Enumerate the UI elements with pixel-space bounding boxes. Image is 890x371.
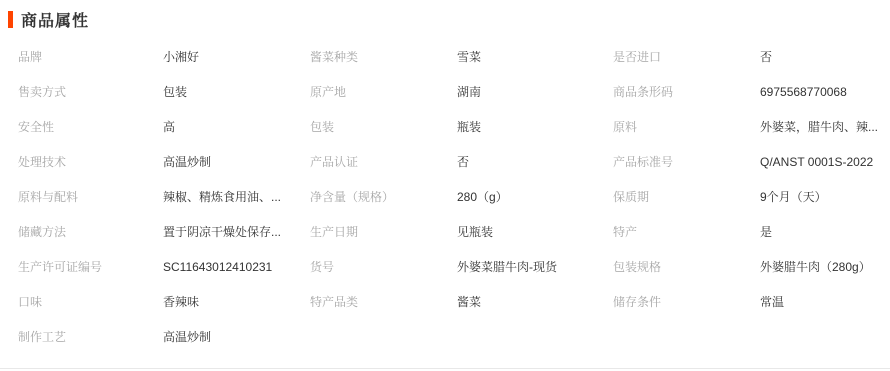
attr-label: 储存条件: [613, 293, 760, 310]
bottom-divider: [0, 368, 890, 369]
attr-value: 湖南: [457, 83, 481, 100]
attr-cell: 原产地湖南: [310, 74, 613, 109]
section-title: 商品属性: [8, 8, 89, 31]
attr-value: 瓶装: [457, 118, 481, 135]
attr-value: 常温: [760, 293, 784, 310]
attr-cell: 保质期9个月（天）: [613, 179, 890, 214]
attr-value: 包装: [163, 83, 187, 100]
attr-value: 外婆菜，腊牛肉、辣...: [760, 118, 878, 135]
attr-cell: 包装规格外婆腊牛肉（280g）: [613, 249, 890, 284]
attr-label: 制作工艺: [18, 328, 163, 345]
attr-label: 原料: [613, 118, 760, 135]
attr-label: 商品条形码: [613, 83, 760, 100]
attr-row: 原料与配料辣椒、精炼食用油、...净含量（规格）280（g）保质期9个月（天）: [0, 179, 890, 214]
attr-cell: 包装瓶装: [310, 109, 613, 144]
attr-cell: 安全性高: [0, 109, 310, 144]
attr-value: 高温炒制: [163, 153, 211, 170]
attr-row: 制作工艺高温炒制: [0, 319, 890, 354]
attr-label: 是否进口: [613, 48, 760, 65]
attr-value: 高: [163, 118, 175, 135]
attr-cell: 储存条件常温: [613, 284, 890, 319]
attr-cell: 产品标准号Q/ANST 0001S-2022: [613, 144, 890, 179]
attr-cell: 制作工艺高温炒制: [0, 319, 310, 354]
attr-value: 见瓶装: [457, 223, 493, 240]
attr-cell: 售卖方式包装: [0, 74, 310, 109]
attr-value: 辣椒、精炼食用油、...: [163, 188, 281, 205]
attr-label: 特产: [613, 223, 760, 240]
attr-value: 外婆腊牛肉（280g）: [760, 258, 871, 275]
attr-row: 售卖方式包装原产地湖南商品条形码6975568770068: [0, 74, 890, 109]
attr-label: 安全性: [18, 118, 163, 135]
attr-label: 酱菜种类: [310, 48, 457, 65]
attr-label: 原产地: [310, 83, 457, 100]
attr-value: 小湘好: [163, 48, 199, 65]
attr-row: 品牌小湘好酱菜种类雪菜是否进口否: [0, 39, 890, 74]
attr-label: 净含量（规格）: [310, 188, 457, 205]
attr-cell: 酱菜种类雪菜: [310, 39, 613, 74]
attr-label: 包装规格: [613, 258, 760, 275]
attr-cell: 原料与配料辣椒、精炼食用油、...: [0, 179, 310, 214]
attr-cell: 货号外婆菜腊牛肉-现货: [310, 249, 613, 284]
attr-value: 香辣味: [163, 293, 199, 310]
attr-cell: 储藏方法置于阴凉干燥处保存...: [0, 214, 310, 249]
attr-label: 原料与配料: [18, 188, 163, 205]
attr-cell: 商品条形码6975568770068: [613, 74, 890, 109]
attr-cell: 品牌小湘好: [0, 39, 310, 74]
attr-value: 6975568770068: [760, 85, 847, 99]
attr-value: SC11643012410231: [163, 260, 272, 274]
attributes-table: 品牌小湘好酱菜种类雪菜是否进口否售卖方式包装原产地湖南商品条形码69755687…: [0, 39, 890, 354]
attr-cell: 净含量（规格）280（g）: [310, 179, 613, 214]
attr-label: 产品标准号: [613, 153, 760, 170]
attr-value: 280（g）: [457, 188, 508, 205]
attr-cell: 口味香辣味: [0, 284, 310, 319]
attr-label: 保质期: [613, 188, 760, 205]
attr-cell: 特产是: [613, 214, 890, 249]
attr-row: 处理技术高温炒制产品认证否产品标准号Q/ANST 0001S-2022: [0, 144, 890, 179]
attr-row: 口味香辣味特产品类酱菜储存条件常温: [0, 284, 890, 319]
attr-value: 外婆菜腊牛肉-现货: [457, 258, 557, 275]
attr-label: 包装: [310, 118, 457, 135]
attr-row: 储藏方法置于阴凉干燥处保存...生产日期见瓶装特产是: [0, 214, 890, 249]
attr-cell: 原料外婆菜，腊牛肉、辣...: [613, 109, 890, 144]
attr-label: 产品认证: [310, 153, 457, 170]
attr-cell: 特产品类酱菜: [310, 284, 613, 319]
attr-label: 特产品类: [310, 293, 457, 310]
attr-value: 是: [760, 223, 772, 240]
page-title: 商品属性: [21, 8, 89, 31]
attr-label: 品牌: [18, 48, 163, 65]
attr-cell: 生产日期见瓶装: [310, 214, 613, 249]
attr-value: 高温炒制: [163, 328, 211, 345]
attr-label: 口味: [18, 293, 163, 310]
attr-label: 货号: [310, 258, 457, 275]
attr-value: 否: [760, 48, 772, 65]
attr-value: Q/ANST 0001S-2022: [760, 155, 873, 169]
attr-cell: 是否进口否: [613, 39, 890, 74]
attr-value: 否: [457, 153, 469, 170]
attr-label: 处理技术: [18, 153, 163, 170]
product-attributes-panel: 商品属性 品牌小湘好酱菜种类雪菜是否进口否售卖方式包装原产地湖南商品条形码697…: [0, 0, 890, 371]
attr-label: 生产日期: [310, 223, 457, 240]
attr-value: 9个月（天）: [760, 188, 827, 205]
attr-value: 置于阴凉干燥处保存...: [163, 223, 281, 240]
attr-row: 生产许可证编号SC11643012410231货号外婆菜腊牛肉-现货包装规格外婆…: [0, 249, 890, 284]
attr-cell: 生产许可证编号SC11643012410231: [0, 249, 310, 284]
attr-value: 酱菜: [457, 293, 481, 310]
accent-bar-icon: [8, 11, 13, 28]
attr-label: 生产许可证编号: [18, 258, 163, 275]
attr-cell: 产品认证否: [310, 144, 613, 179]
attr-label: 储藏方法: [18, 223, 163, 240]
attr-label: 售卖方式: [18, 83, 163, 100]
attr-cell: 处理技术高温炒制: [0, 144, 310, 179]
attr-row: 安全性高包装瓶装原料外婆菜，腊牛肉、辣...: [0, 109, 890, 144]
attr-value: 雪菜: [457, 48, 481, 65]
